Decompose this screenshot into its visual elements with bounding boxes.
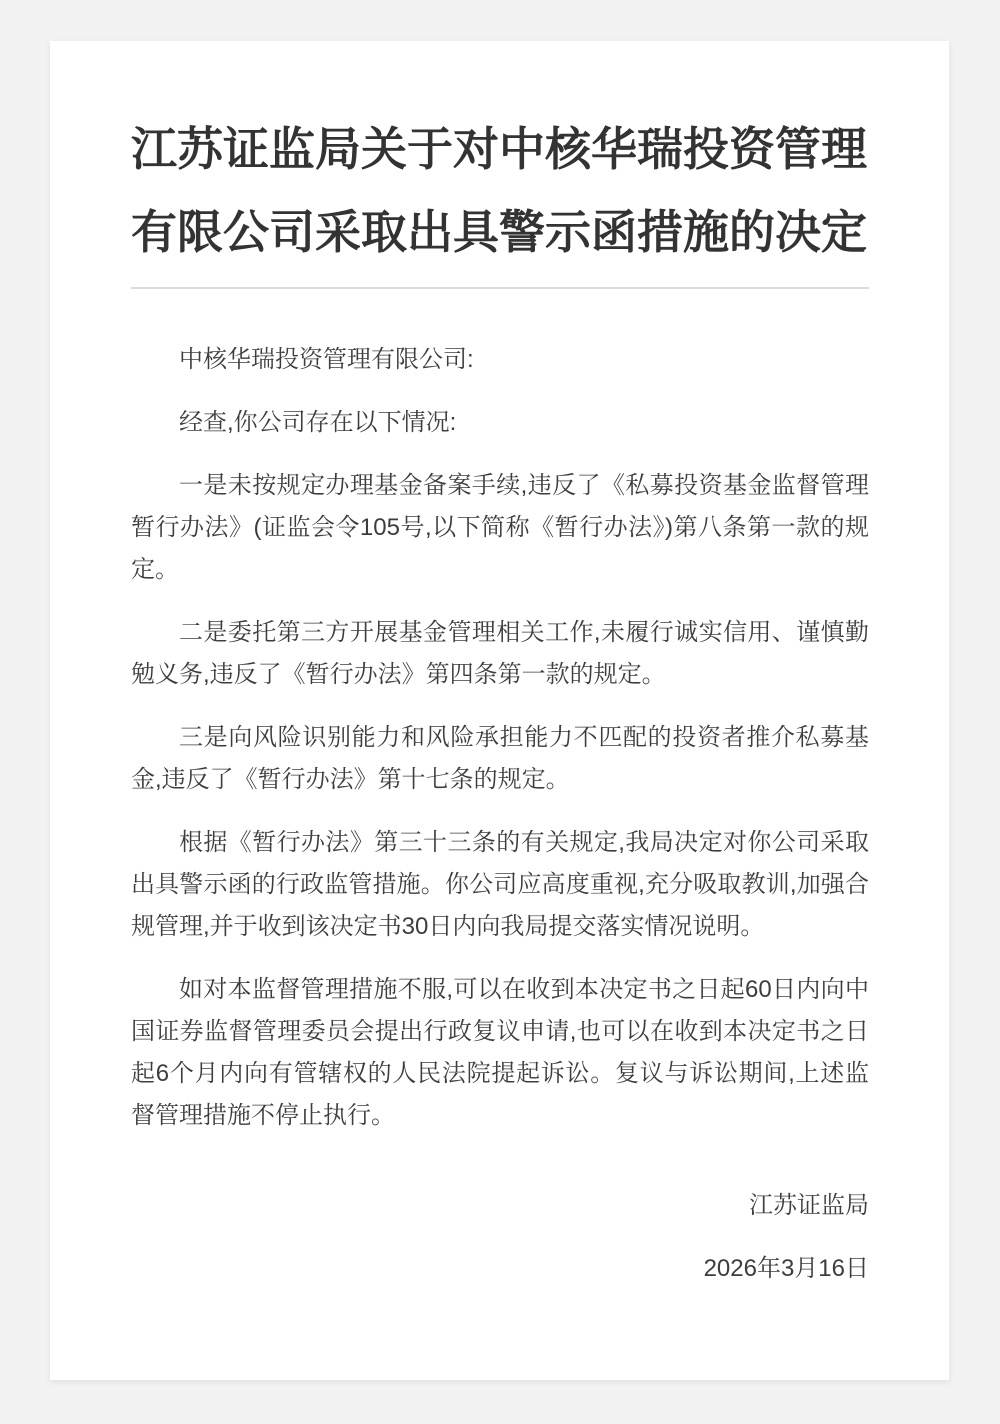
document-card: 江苏证监局关于对中核华瑞投资管理 有限公司采取出具警示函措施的决定 中核华瑞投资… bbox=[50, 41, 949, 1380]
decision-paragraph: 根据《暂行办法》第三十三条的有关规定,我局决定对你公司采取出具警示函的行政监管措… bbox=[131, 822, 869, 948]
document-title: 江苏证监局关于对中核华瑞投资管理 有限公司采取出具警示函措施的决定 bbox=[131, 108, 869, 274]
finding-3: 三是向风险识别能力和风险承担能力不匹配的投资者推介私募基金,违反了《暂行办法》第… bbox=[131, 717, 869, 801]
document-title-line1: 江苏证监局关于对中核华瑞投资管理 bbox=[131, 108, 869, 191]
issuer-signature: 江苏证监局 bbox=[131, 1185, 869, 1227]
appeal-rights-paragraph: 如对本监督管理措施不服,可以在收到本决定书之日起60日内向中国证券监督管理委员会… bbox=[131, 969, 869, 1137]
finding-1: 一是未按规定办理基金备案手续,违反了《私募投资基金监督管理暂行办法》(证监会令1… bbox=[131, 465, 869, 591]
finding-2: 二是委托第三方开展基金管理相关工作,未履行诚实信用、谨慎勤勉义务,违反了《暂行办… bbox=[131, 612, 869, 696]
addressee-line: 中核华瑞投资管理有限公司: bbox=[131, 339, 869, 381]
intro-line: 经查,你公司存在以下情况: bbox=[131, 402, 869, 444]
document-date: 2026年3月16日 bbox=[131, 1248, 869, 1290]
page-background: 江苏证监局关于对中核华瑞投资管理 有限公司采取出具警示函措施的决定 中核华瑞投资… bbox=[0, 0, 1000, 1424]
document-title-line2: 有限公司采取出具警示函措施的决定 bbox=[131, 191, 869, 274]
title-divider bbox=[131, 287, 869, 289]
